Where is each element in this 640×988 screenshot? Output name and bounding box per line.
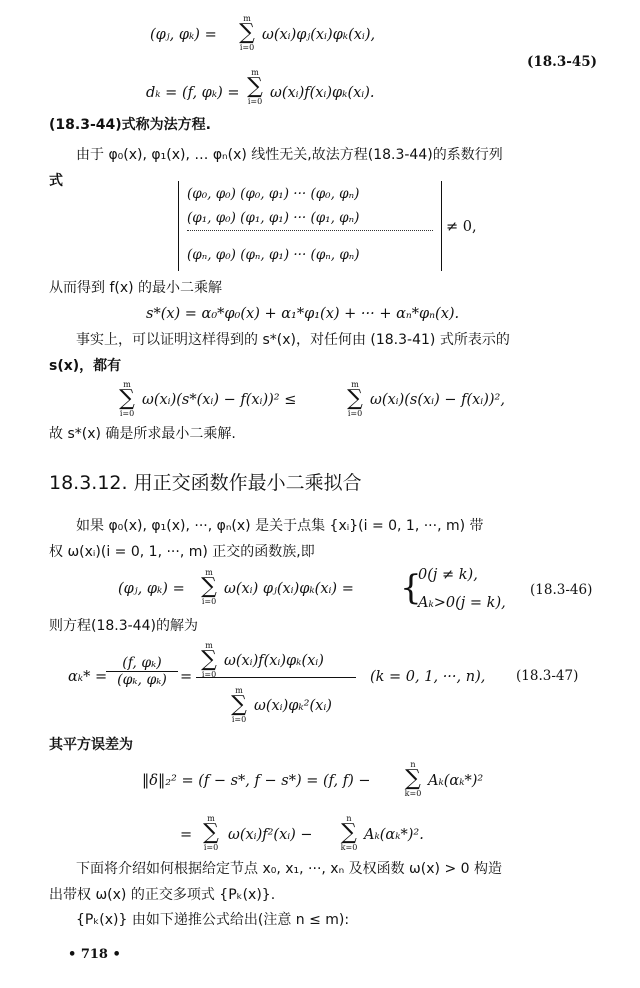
eq-18-3-45-line1: (φⱼ, φₖ) = <box>150 26 217 44</box>
sigma-icon: ∑ <box>114 389 140 409</box>
sigma-icon: ∑ <box>198 823 224 843</box>
paragraph: 事实上，可以证明这样得到的 s*(x)，对任何由 (18.3-41) 式所表示的 <box>76 331 510 349</box>
paragraph: 下面将介绍如何根据给定节点 x₀, x₁, ···, xₙ 及权函数 ω(x) … <box>76 860 502 878</box>
sigma-icon: ∑ <box>336 823 362 843</box>
sum-lower: i=0 <box>202 597 216 606</box>
sigma-icon: ∑ <box>226 695 252 715</box>
numerator: ω(xᵢ)f(xᵢ)φₖ(xᵢ) <box>224 652 324 670</box>
fraction-bar <box>196 677 356 678</box>
equation-s-star: s*(x) = α₀*φ₀(x) + α₁*φ₁(x) + ··· + αₙ*φ… <box>146 305 459 323</box>
eq-18-3-45-line2: dₖ = (f, φₖ) = <box>146 84 240 102</box>
error-eq-line2-tail: Aₖ(αₖ*)². <box>364 826 424 844</box>
eq-18-3-45-line2-rhs: ω(xᵢ)f(xᵢ)φₖ(xᵢ). <box>270 84 374 102</box>
summation-symbol: m ∑ i=0 <box>114 380 140 418</box>
fraction: (f, φₖ) (φₖ, φₖ) <box>106 655 178 688</box>
sigma-icon: ∑ <box>342 389 368 409</box>
sigma-icon: ∑ <box>242 77 268 97</box>
error-eq-line1: ‖δ‖₂² = (f − s*, f − s*) = (f, f) − <box>142 772 370 790</box>
sigma-icon: ∑ <box>234 23 260 43</box>
paragraph: {Pₖ(x)} 由如下递推公式给出(注意 n ≤ m): <box>76 911 349 929</box>
paragraph: 则方程(18.3-44)的解为 <box>49 617 198 635</box>
paragraph: 权 ω(xᵢ)(i = 0, 1, ···, m) 正交的函数族,即 <box>49 543 315 561</box>
error-eq-line2-mid: ω(xᵢ)f²(xᵢ) − <box>228 826 313 844</box>
dotted-separator <box>187 230 433 231</box>
denominator: (φₖ, φₖ) <box>106 671 178 688</box>
sum-lower: i=0 <box>204 843 218 852</box>
determinant-suffix: ≠ 0, <box>446 218 477 236</box>
determinant-row: (φₙ, φ₀) (φₙ, φ₁) ··· (φₙ, φₙ) <box>187 247 360 263</box>
equals-sign: = <box>180 668 192 686</box>
equation-number: (18.3-47) <box>516 668 578 684</box>
error-eq-line2-pre: = <box>180 826 192 844</box>
paragraph: 式 <box>49 172 63 190</box>
determinant: (φ₀, φ₀) (φ₀, φ₁) ··· (φ₀, φₙ) (φ₁, φ₀) … <box>178 181 442 271</box>
determinant-row: (φ₀, φ₀) (φ₀, φ₁) ··· (φ₀, φₙ) <box>187 186 359 202</box>
summation-symbol: m ∑ i=0 <box>226 686 252 724</box>
sum-lower: i=0 <box>232 715 246 724</box>
paragraph: 如果 φ₀(x), φ₁(x), ···, φₙ(x) 是关于点集 {xᵢ}(i… <box>76 517 484 535</box>
page-number: • 718 • <box>68 946 121 964</box>
paragraph: 其平方误差为 <box>49 736 133 754</box>
summation-symbol: m ∑ i=0 <box>342 380 368 418</box>
summation-symbol: m ∑ i=0 <box>198 814 224 852</box>
inequality-rhs: ω(xᵢ)(s(xᵢ) − f(xᵢ))², <box>370 391 505 409</box>
eq-18-3-45-line1-rhs: ω(xᵢ)φⱼ(xᵢ)φₖ(xᵢ), <box>262 26 375 44</box>
summation-symbol: n ∑ k=0 <box>400 760 426 798</box>
summation-symbol: n ∑ k=0 <box>336 814 362 852</box>
paragraph: 故 s*(x) 确是所求最小二乘解. <box>49 425 236 443</box>
paragraph: 从而得到 f(x) 的最小二乘解 <box>49 279 222 297</box>
numerator: (f, φₖ) <box>106 655 178 671</box>
eq-18-3-47-lhs: αₖ* = <box>68 668 107 686</box>
paragraph: 出带权 ω(x) 的正交多项式 {Pₖ(x)}. <box>49 886 275 904</box>
case-line: 0(j ≠ k), <box>418 566 478 584</box>
equation-number: (18.3-45) <box>527 54 597 70</box>
paragraph: 由于 φ₀(x), φ₁(x), … φₙ(x) 线性无关,故法方程(18.3-… <box>76 146 503 164</box>
sum-lower: i=0 <box>240 43 254 52</box>
equation-number: (18.3-46) <box>530 582 592 598</box>
paragraph: (18.3-44)式称为法方程. <box>49 116 211 134</box>
sigma-icon: ∑ <box>196 577 222 597</box>
inequality-lhs: ω(xᵢ)(s*(xᵢ) − f(xᵢ))² ≤ <box>142 391 296 409</box>
paragraph: s(x)，都有 <box>49 357 121 375</box>
denominator: ω(xᵢ)φₖ²(xᵢ) <box>254 697 332 715</box>
summation-symbol: m ∑ i=0 <box>242 68 268 106</box>
summation-symbol: m ∑ i=0 <box>234 14 260 52</box>
case-line: Aₖ>0(j = k), <box>418 594 506 612</box>
eq-lhs: (φⱼ, φₖ) = <box>150 27 217 43</box>
sigma-icon: ∑ <box>400 769 426 789</box>
section-heading: 18.3.12. 用正交函数作最小二乘拟合 <box>49 468 362 495</box>
summation-symbol: m ∑ i=0 <box>196 568 222 606</box>
error-eq-line1-tail: Aₖ(αₖ*)² <box>428 772 483 790</box>
sum-lower: i=0 <box>248 97 262 106</box>
condition: (k = 0, 1, ···, n), <box>370 668 485 686</box>
summation-symbol: m ∑ i=0 <box>196 641 222 679</box>
sum-lower: i=0 <box>120 409 134 418</box>
eq-18-3-46-lhs: (φⱼ, φₖ) = <box>118 580 185 598</box>
sum-lower: k=0 <box>405 789 422 798</box>
determinant-row: (φ₁, φ₀) (φ₁, φ₁) ··· (φ₁, φₙ) <box>187 210 359 226</box>
eq-18-3-46-mid: ω(xᵢ) φⱼ(xᵢ)φₖ(xᵢ) = <box>224 580 354 598</box>
sum-lower: i=0 <box>348 409 362 418</box>
sum-lower: k=0 <box>341 843 358 852</box>
sigma-icon: ∑ <box>196 650 222 670</box>
